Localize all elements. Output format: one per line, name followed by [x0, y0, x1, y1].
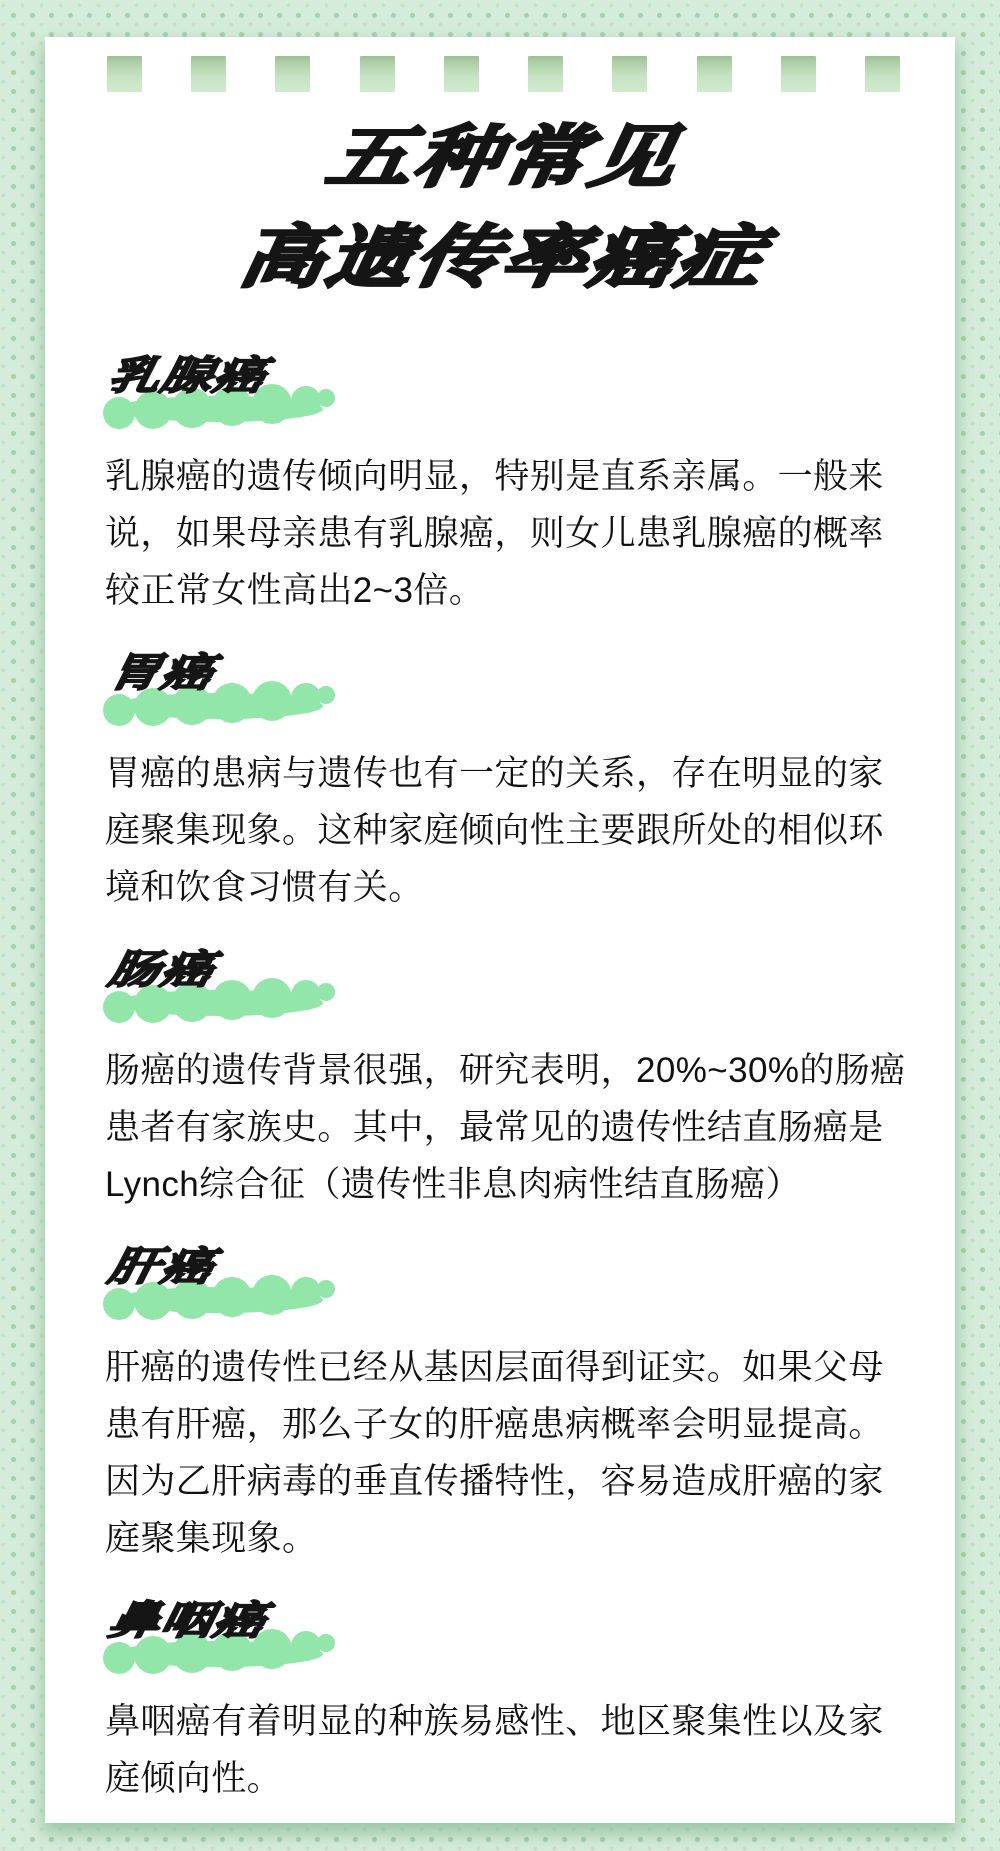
section-heading: 胃癌 [105, 652, 217, 695]
section-heading: 乳腺癌 [105, 355, 269, 398]
cancer-section: 胃癌 胃癌的患病与遗传也有一定的关系，存在明显的家 庭聚集现象。这种家庭倾向性主… [105, 647, 900, 916]
cancer-section: 鼻咽癌 鼻咽癌有着明显的种族易感性、地区聚集性以及家 庭倾向性。 [105, 1595, 900, 1807]
sections-container: 乳腺癌 乳腺癌的遗传倾向明显，特别是直系亲属。一般来 说，如果母亲患有乳腺癌，则… [105, 350, 900, 1807]
section-body: 肝癌的遗传性已经从基因层面得到证实。如果父母 患有肝癌，那么子女的肝癌患病概率会… [105, 1339, 900, 1567]
title-line-1: 五种常见 [321, 111, 685, 205]
section-body: 胃癌的患病与遗传也有一定的关系，存在明显的家 庭聚集现象。这种家庭倾向性主要跟所… [105, 745, 900, 916]
decorative-square [191, 56, 226, 92]
decorative-square [107, 56, 142, 92]
section-heading: 肝癌 [105, 1246, 217, 1289]
section-body: 鼻咽癌有着明显的种族易感性、地区聚集性以及家 庭倾向性。 [105, 1693, 900, 1807]
section-heading-wrap: 乳腺癌 [105, 350, 900, 434]
poster-title: 五种常见 高遗传率癌症 [105, 108, 900, 308]
section-heading-wrap: 胃癌 [105, 647, 900, 731]
cancer-section: 乳腺癌 乳腺癌的遗传倾向明显，特别是直系亲属。一般来 说，如果母亲患有乳腺癌，则… [105, 350, 900, 619]
section-heading-wrap: 肝癌 [105, 1241, 900, 1325]
section-heading-wrap: 肠癌 [105, 944, 900, 1028]
section-heading: 肠癌 [105, 949, 217, 992]
decorative-square [781, 56, 816, 92]
cancer-section: 肝癌 肝癌的遗传性已经从基因层面得到证实。如果父母 患有肝癌，那么子女的肝癌患病… [105, 1241, 900, 1567]
decorative-square [444, 56, 479, 92]
section-heading: 鼻咽癌 [105, 1600, 269, 1643]
decorative-square [612, 56, 647, 92]
section-body: 乳腺癌的遗传倾向明显，特别是直系亲属。一般来 说，如果母亲患有乳腺癌，则女儿患乳… [105, 448, 900, 619]
decorative-square [360, 56, 395, 92]
decorative-square [528, 56, 563, 92]
decorative-square [275, 56, 310, 92]
poster-card: 五种常见 高遗传率癌症 乳腺癌 乳腺癌的遗传倾向明显，特别是直系亲属。一般来 说… [45, 37, 955, 1823]
decorative-square [865, 56, 900, 92]
poster-background: 五种常见 高遗传率癌症 乳腺癌 乳腺癌的遗传倾向明显，特别是直系亲属。一般来 说… [0, 0, 1000, 1851]
title-line-2: 高遗传率癌症 [233, 211, 771, 305]
section-body: 肠癌的遗传背景很强，研究表明，20%~30%的肠癌 患者有家族史。其中，最常见的… [105, 1042, 900, 1213]
cancer-section: 肠癌 肠癌的遗传背景很强，研究表明，20%~30%的肠癌 患者有家族史。其中，最… [105, 944, 900, 1213]
decorative-squares-row [107, 56, 900, 92]
decorative-square [697, 56, 732, 92]
section-heading-wrap: 鼻咽癌 [105, 1595, 900, 1679]
